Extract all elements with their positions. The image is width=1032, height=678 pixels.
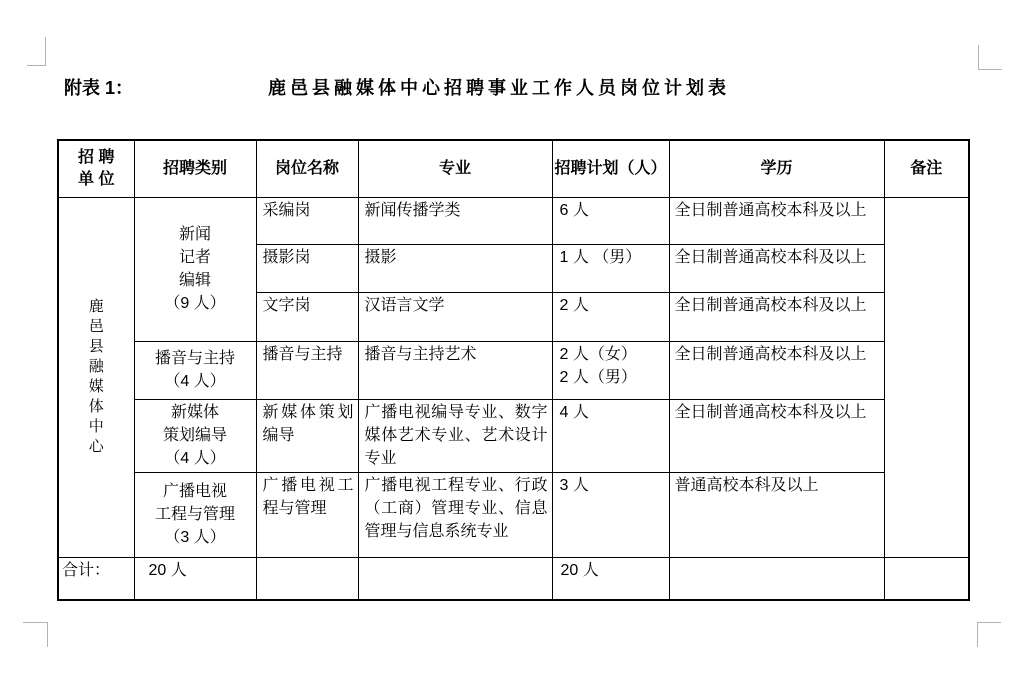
degree-cell: 全日制普通高校本科及以上 — [669, 244, 884, 292]
crop-mark-bottom-right-icon — [977, 622, 1001, 647]
plan-count-cell: 1 人 （男） — [552, 244, 669, 292]
major-cell: 广播电视工程专业、行政（工商）管理专业、信息管理与信息系统专业 — [358, 472, 552, 557]
table-row: 新媒体 策划编导 （4 人） 新媒体策划编导 广播电视编导专业、数字媒体艺术专业… — [58, 399, 969, 472]
major-cell: 新闻传播学类 — [358, 197, 552, 244]
table-row: 播音与主持 （4 人） 播音与主持 播音与主持艺术 2 人（女） 2 人（男） … — [58, 341, 969, 399]
degree-cell: 全日制普通高校本科及以上 — [669, 399, 884, 472]
attachment-label: 附表 1： — [64, 74, 133, 100]
degree-cell: 全日制普通高校本科及以上 — [669, 341, 884, 399]
header-cell-post: 岗位名称 — [256, 140, 358, 197]
crop-mark-top-left-icon — [27, 37, 46, 66]
category-cell-news-editor: 新闻 记者 编辑 （9 人） — [134, 197, 256, 341]
category-cell-tv-engineering: 广播电视 工程与管理 （3 人） — [134, 472, 256, 557]
major-cell: 广播电视编导专业、数字媒体艺术专业、艺术设计专业 — [358, 399, 552, 472]
header-cell-plan: 招聘计划（人） — [552, 140, 669, 197]
plan-count-cell: 4 人 — [552, 399, 669, 472]
total-empty-cell — [669, 557, 884, 600]
plan-count-cell: 6 人 — [552, 197, 669, 244]
crop-mark-top-right-icon — [978, 45, 1002, 70]
category-cell-broadcast-host: 播音与主持 （4 人） — [134, 341, 256, 399]
table-header-row: 招 聘 单 位 招聘类别 岗位名称 专业 招聘计划（人） 学历 备注 — [58, 140, 969, 197]
remark-cell — [884, 197, 969, 557]
plan-count-cell: 2 人 — [552, 292, 669, 341]
plan-count-cell: 2 人（女） 2 人（男） — [552, 341, 669, 399]
header-cell-category: 招聘类别 — [134, 140, 256, 197]
total-plan-count-cell: 20 人 — [552, 557, 669, 600]
document-header: 附表 1： 鹿邑县融媒体中心招聘事业工作人员岗位计划表 — [64, 74, 968, 100]
total-empty-cell — [358, 557, 552, 600]
recruitment-plan-table: 招 聘 单 位 招聘类别 岗位名称 专业 招聘计划（人） 学历 备注 鹿 邑 县… — [57, 139, 970, 601]
degree-cell: 普通高校本科及以上 — [669, 472, 884, 557]
crop-mark-bottom-left-icon — [23, 622, 48, 647]
major-cell: 播音与主持艺术 — [358, 341, 552, 399]
table-row: 广播电视 工程与管理 （3 人） 广播电视工程与管理 广播电视工程专业、行政（工… — [58, 472, 969, 557]
header-cell-degree: 学历 — [669, 140, 884, 197]
post-name-cell: 新媒体策划编导 — [256, 399, 358, 472]
recruiting-unit-cell: 鹿 邑 县 融 媒 体 中 心 — [58, 197, 134, 557]
document-page: 附表 1： 鹿邑县融媒体中心招聘事业工作人员岗位计划表 招 聘 单 位 招聘类别… — [0, 0, 1032, 678]
major-cell: 汉语言文学 — [358, 292, 552, 341]
header-cell-remark: 备注 — [884, 140, 969, 197]
post-name-cell: 文字岗 — [256, 292, 358, 341]
post-name-cell: 摄影岗 — [256, 244, 358, 292]
total-row: 合计： 20 人 20 人 — [58, 557, 969, 600]
post-name-cell: 采编岗 — [256, 197, 358, 244]
plan-count-cell: 3 人 — [552, 472, 669, 557]
total-empty-cell — [884, 557, 969, 600]
page-title: 鹿邑县融媒体中心招聘事业工作人员岗位计划表 — [268, 74, 730, 100]
table-row: 鹿 邑 县 融 媒 体 中 心 新闻 记者 编辑 （9 人） 采编岗 新闻传播学… — [58, 197, 969, 244]
total-label-cell: 合计： — [58, 557, 134, 600]
post-name-cell: 广播电视工程与管理 — [256, 472, 358, 557]
category-cell-new-media: 新媒体 策划编导 （4 人） — [134, 399, 256, 472]
total-empty-cell — [256, 557, 358, 600]
total-category-count-cell: 20 人 — [134, 557, 256, 600]
header-cell-major: 专业 — [358, 140, 552, 197]
degree-cell: 全日制普通高校本科及以上 — [669, 197, 884, 244]
post-name-cell: 播音与主持 — [256, 341, 358, 399]
header-cell-unit: 招 聘 单 位 — [58, 140, 134, 197]
degree-cell: 全日制普通高校本科及以上 — [669, 292, 884, 341]
major-cell: 摄影 — [358, 244, 552, 292]
